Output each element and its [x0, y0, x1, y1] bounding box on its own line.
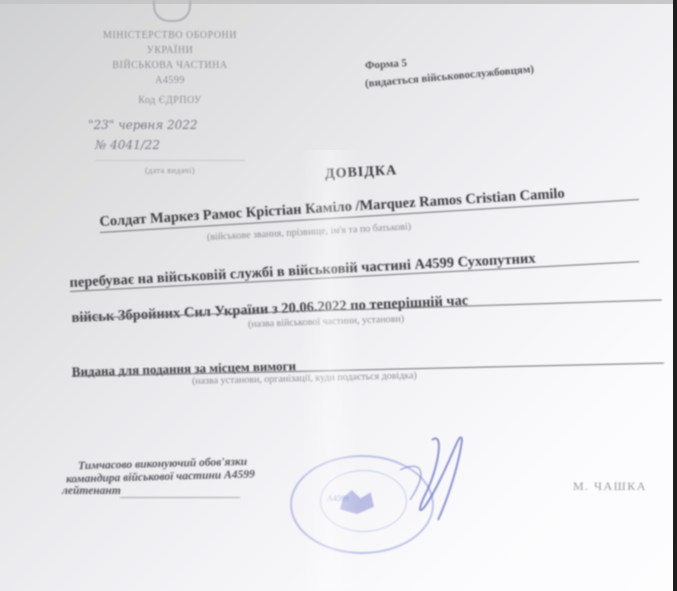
paper-fold — [300, 150, 360, 590]
photo-right-edge — [673, 0, 677, 591]
